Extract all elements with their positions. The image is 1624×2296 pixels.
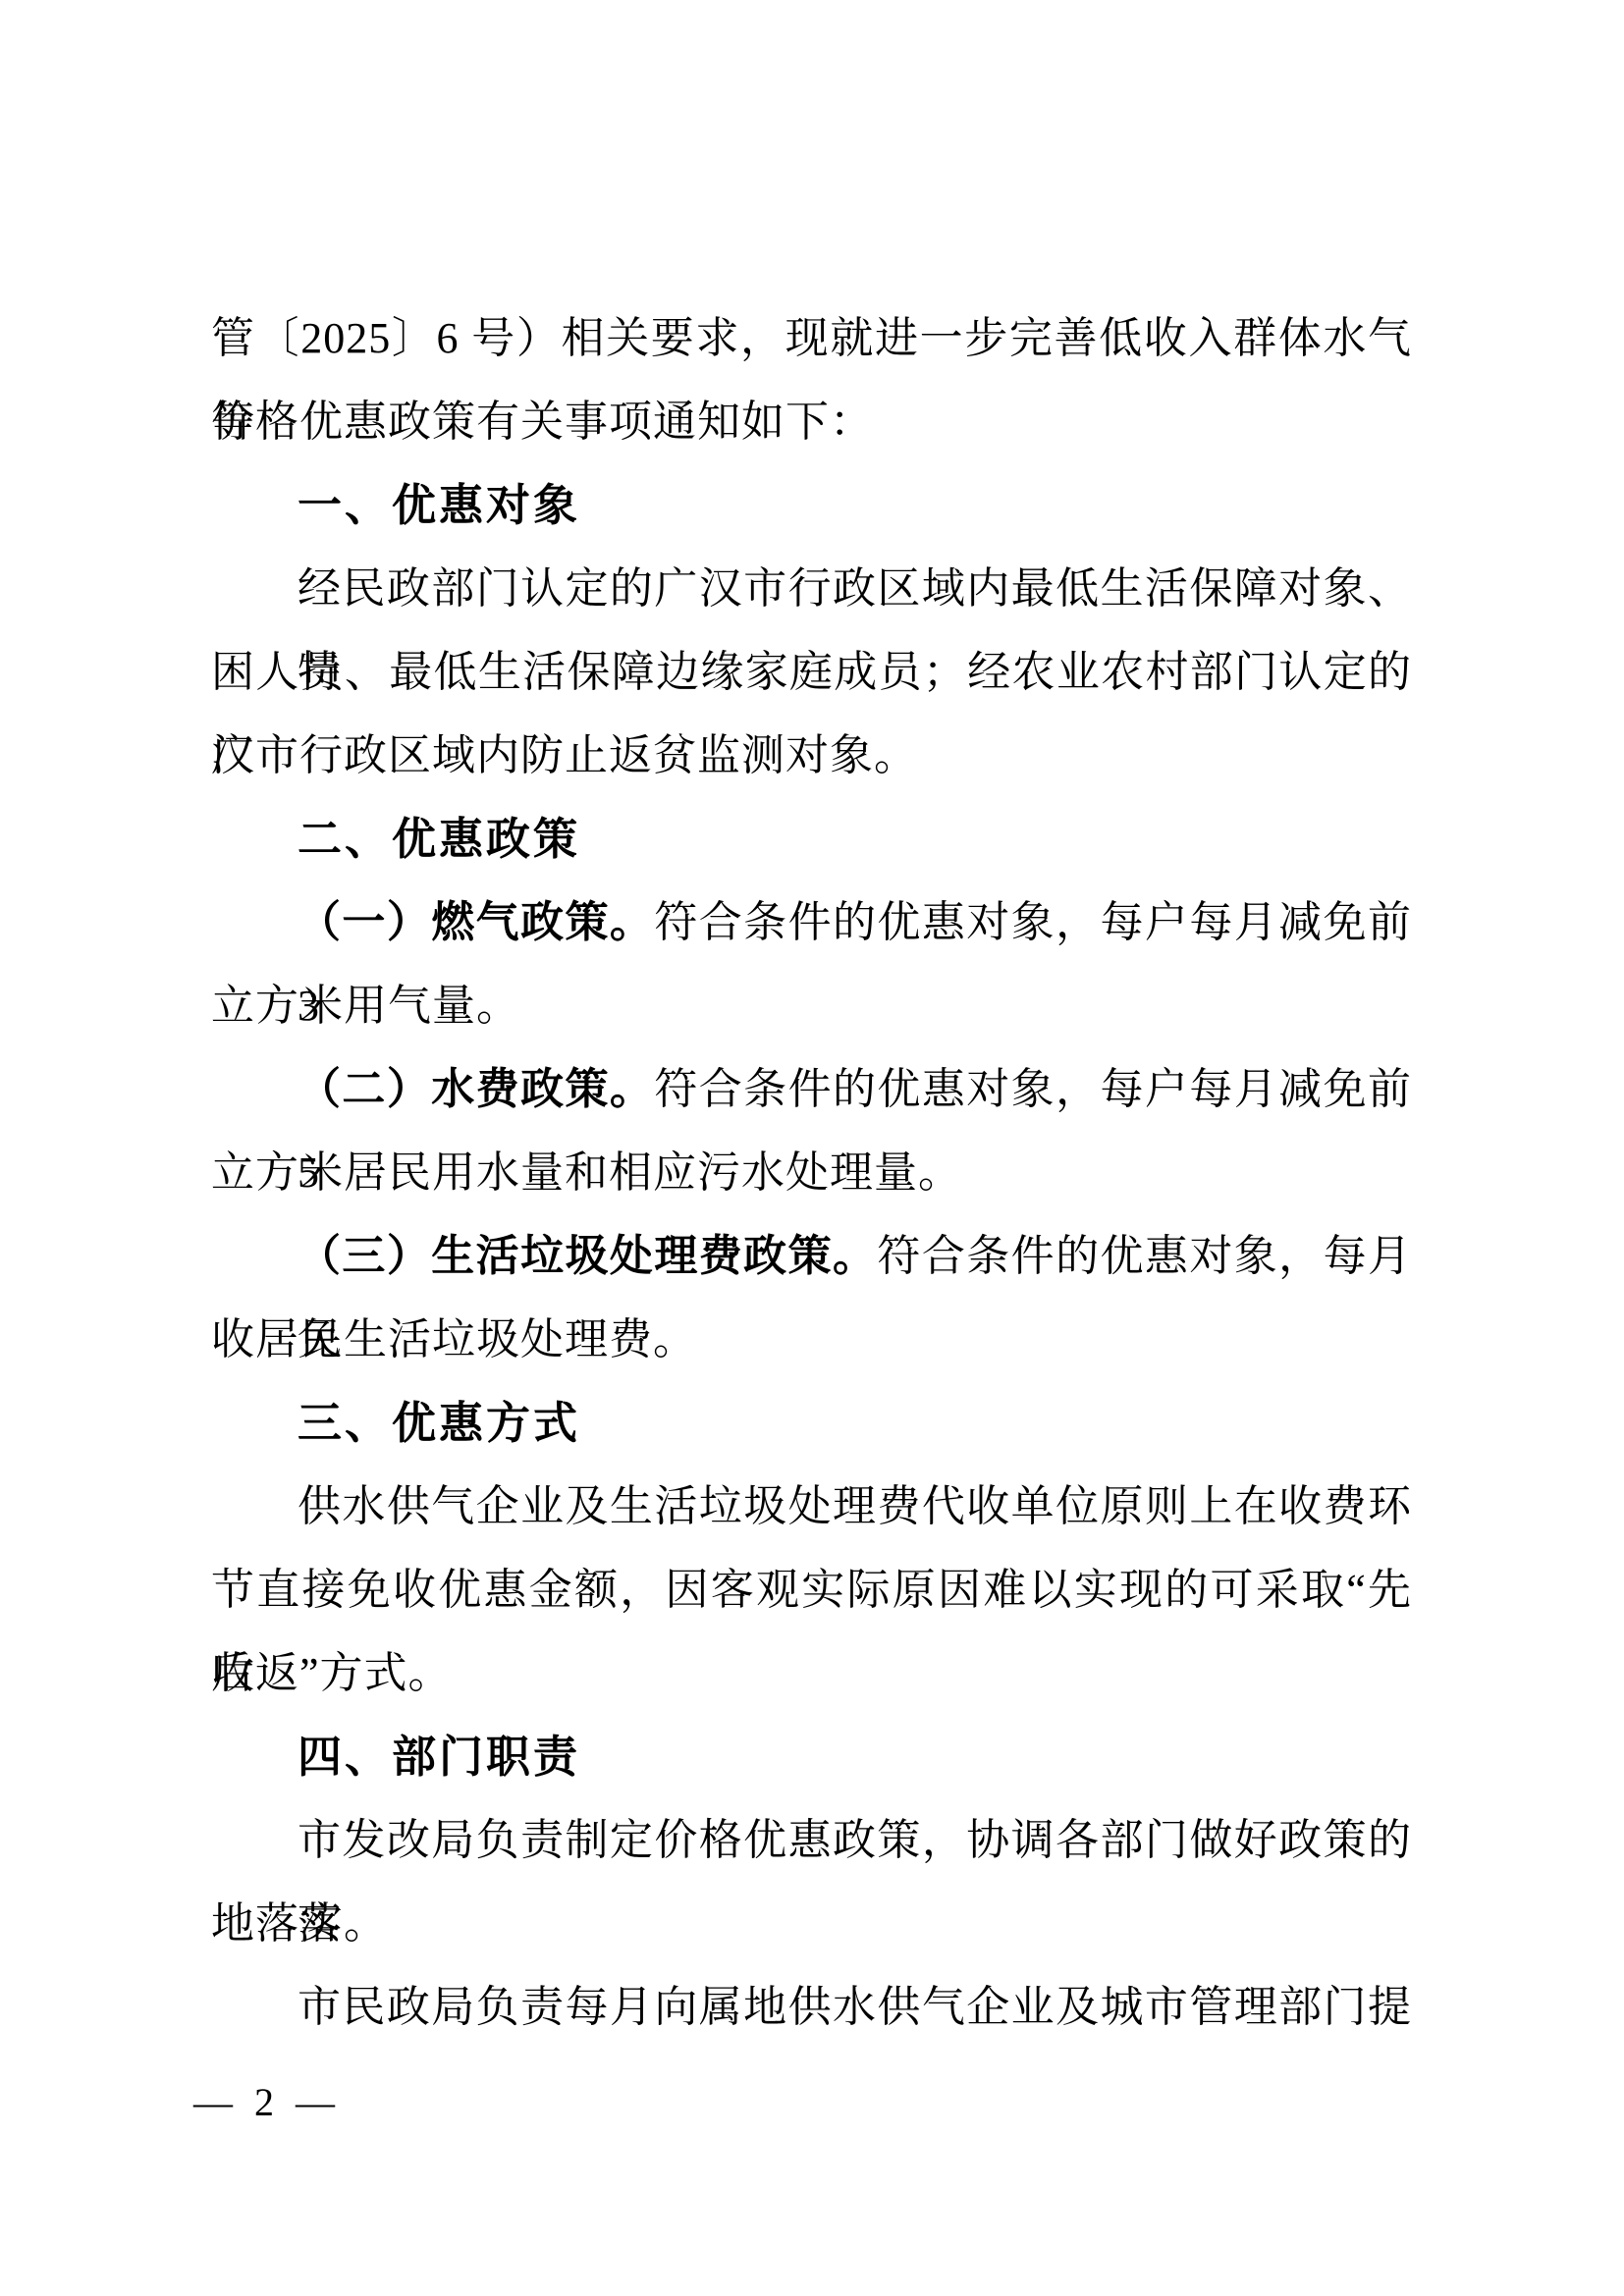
document-body: 管〔2025〕6 号）相关要求，现就进一步完善低收入群体水气等 价格优惠政策有关…	[211, 296, 1412, 2049]
footer-page-number: — 2 —	[193, 2073, 341, 2132]
bold-run: （三）生活垃圾处理费政策。	[298, 1232, 877, 1280]
doc-line: 市民政局负责每月向属地供水供气企业及城市管理部门提	[211, 1965, 1412, 2049]
section-heading-2: 二、优惠政策	[211, 797, 1412, 881]
heading-text: 三、优惠方式	[298, 1398, 580, 1448]
doc-line: 收居民生活垃圾处理费。	[211, 1298, 1412, 1381]
body-text: 供水供气企业及生活垃圾处理费代收单位原则上在收费环	[298, 1482, 1412, 1530]
body-text: 收居民生活垃圾处理费。	[211, 1315, 697, 1363]
heading-text: 四、部门职责	[298, 1732, 580, 1782]
doc-line: 经民政部门认定的广汉市行政区域内最低生活保障对象、特	[211, 547, 1412, 630]
doc-line: 供水供气企业及生活垃圾处理费代收单位原则上在收费环	[211, 1465, 1412, 1548]
bold-run: （一）燃气政策。	[298, 898, 654, 946]
section-heading-3: 三、优惠方式	[211, 1381, 1412, 1465]
document-page: 管〔2025〕6 号）相关要求，现就进一步完善低收入群体水气等 价格优惠政策有关…	[0, 0, 1624, 2296]
bold-run: （二）水费政策。	[298, 1065, 654, 1113]
doc-line: （一）燃气政策。符合条件的优惠对象，每户每月减免前 3	[211, 881, 1412, 964]
doc-line: 节直接免收优惠金额，因客观实际原因难以实现的可采取“先收	[211, 1548, 1412, 1631]
section-heading-4: 四、部门职责	[211, 1715, 1412, 1798]
body-text: 汉市行政区域内防止返贫监测对象。	[211, 731, 918, 779]
doc-line: 地落实。	[211, 1882, 1412, 1965]
section-heading-1: 一、优惠对象	[211, 463, 1412, 547]
body-text: 价格优惠政策有关事项通知如下：	[211, 398, 874, 446]
body-text: 市民政局负责每月向属地供水供气企业及城市管理部门提	[298, 1983, 1412, 2031]
doc-line: （三）生活垃圾处理费政策。符合条件的优惠对象，每月免	[211, 1214, 1412, 1298]
body-text: 立方米用气量。	[211, 982, 520, 1030]
body-text: 地落实。	[211, 1899, 388, 1948]
body-text: 后返”方式。	[211, 1649, 453, 1697]
doc-line: 价格优惠政策有关事项通知如下：	[211, 380, 1412, 463]
doc-line: 管〔2025〕6 号）相关要求，现就进一步完善低收入群体水气等	[211, 296, 1412, 380]
doc-line: 后返”方式。	[211, 1631, 1412, 1715]
doc-line: 立方米居民用水量和相应污水处理量。	[211, 1131, 1412, 1214]
doc-line: 困人员、最低生活保障边缘家庭成员；经农业农村部门认定的广	[211, 630, 1412, 714]
heading-text: 一、优惠对象	[298, 480, 580, 530]
body-text: 立方米居民用水量和相应污水处理量。	[211, 1148, 962, 1197]
doc-line: 市发改局负责制定价格优惠政策，协调各部门做好政策的落	[211, 1798, 1412, 1882]
doc-line: （二）水费政策。符合条件的优惠对象，每户每月减免前 5	[211, 1047, 1412, 1131]
heading-text: 二、优惠政策	[298, 814, 580, 864]
doc-line: 汉市行政区域内防止返贫监测对象。	[211, 714, 1412, 797]
doc-line: 立方米用气量。	[211, 964, 1412, 1047]
